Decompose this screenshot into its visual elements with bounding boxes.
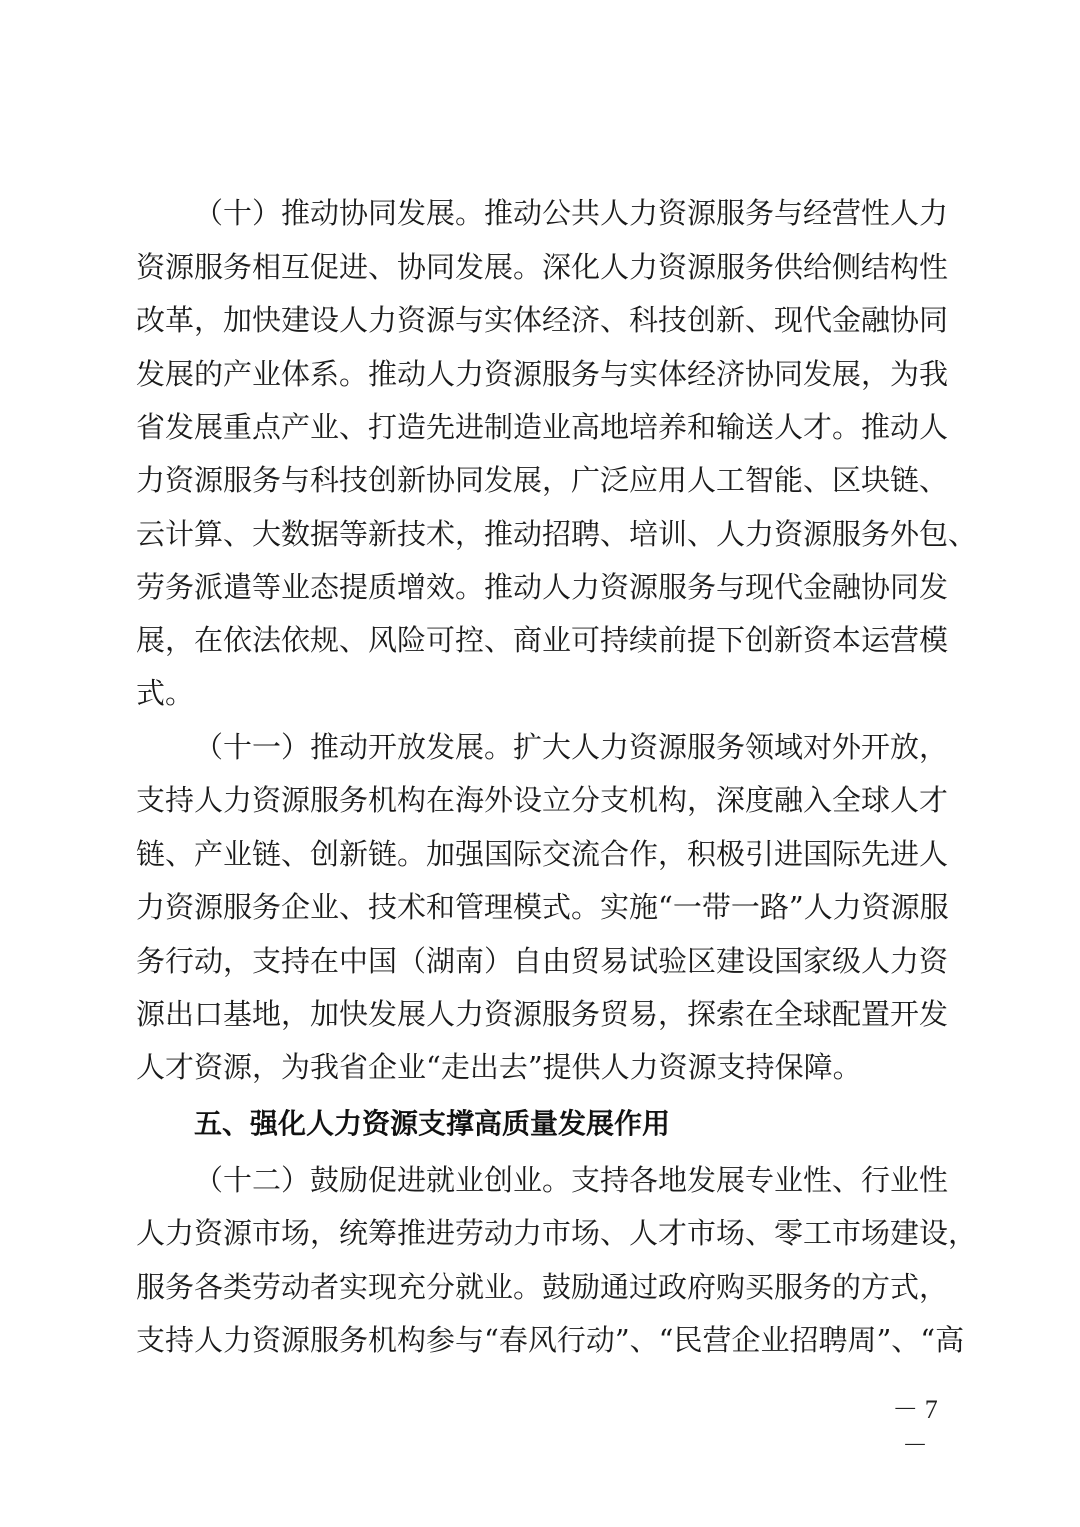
paragraph-line: 支持人力资源服务机构参与“春风行动”、“民营企业招聘周”、“高 <box>136 1320 944 1360</box>
paragraph-line: 人才资源，为我省企业“走出去”提供人力资源支持保障。 <box>136 1047 944 1087</box>
paragraph-line: 人力资源市场，统筹推进劳动力市场、人才市场、零工市场建设， <box>136 1213 944 1253</box>
paragraph-line: 劳务派遣等业态提质增效。推动人力资源服务与现代金融协同发 <box>136 567 944 607</box>
paragraph-line: 力资源服务与科技创新协同发展，广泛应用人工智能、区块链、 <box>136 460 944 500</box>
paragraph-line: 云计算、大数据等新技术，推动招聘、培训、人力资源服务外包、 <box>136 514 944 554</box>
paragraph-line: （十）推动协同发展。推动公共人力资源服务与经营性人力 <box>194 193 944 233</box>
page-number: － 7 － <box>880 1392 950 1464</box>
paragraph-line: 改革，加快建设人力资源与实体经济、科技创新、现代金融协同 <box>136 300 944 340</box>
paragraph-line: 展，在依法依规、风险可控、商业可持续前提下创新资本运营模 <box>136 620 944 660</box>
document-page: （十）推动协同发展。推动公共人力资源服务与经营性人力 资源服务相互促进、协同发展… <box>0 0 1080 1527</box>
paragraph-line: 支持人力资源服务机构在海外设立分支机构，深度融入全球人才 <box>136 780 944 820</box>
paragraph-line: 发展的产业体系。推动人力资源服务与实体经济协同发展，为我 <box>136 354 944 394</box>
paragraph-line: 源出口基地，加快发展人力资源服务贸易，探索在全球配置开发 <box>136 994 944 1034</box>
paragraph-line: 资源服务相互促进、协同发展。深化人力资源服务供给侧结构性 <box>136 247 944 287</box>
paragraph-line: 省发展重点产业、打造先进制造业高地培养和输送人才。推动人 <box>136 407 944 447</box>
paragraph-line: 链、产业链、创新链。加强国际交流合作，积极引进国际先进人 <box>136 834 944 874</box>
paragraph-line: 务行动，支持在中国（湖南）自由贸易试验区建设国家级人力资 <box>136 941 944 981</box>
section-heading: 五、强化人力资源支撑高质量发展作用 <box>194 1104 670 1144</box>
paragraph-line: 力资源服务企业、技术和管理模式。实施“一带一路”人力资源服 <box>136 887 944 927</box>
paragraph-line: （十一）推动开放发展。扩大人力资源服务领域对外开放， <box>194 727 944 767</box>
paragraph-line: 服务各类劳动者实现充分就业。鼓励通过政府购买服务的方式， <box>136 1267 944 1307</box>
paragraph-line: 式。 <box>136 673 944 713</box>
paragraph-line: （十二）鼓励促进就业创业。支持各地发展专业性、行业性 <box>194 1160 944 1200</box>
